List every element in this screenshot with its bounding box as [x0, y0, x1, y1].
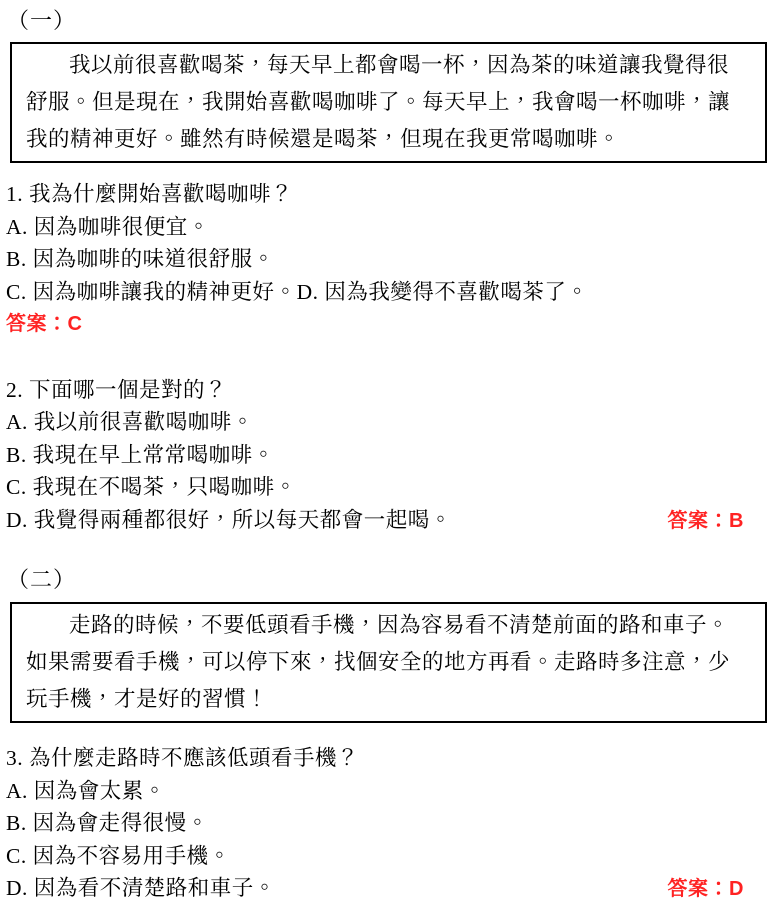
passage-2-text: 走路的時候，不要低頭看手機，因為容易看不清楚前面的路和車子。如果需要看手機，可以… — [26, 607, 749, 718]
question-3-answer: 答案：D — [668, 873, 744, 903]
question-1-option-b: B. 因為咖啡的味道很舒服。 — [6, 243, 769, 276]
question-3-block: 3. 為什麼走路時不應該低頭看手機？ A. 因為會太累。 B. 因為會走得很慢。… — [6, 742, 769, 903]
question-1-option-a: A. 因為咖啡很便宜。 — [6, 211, 769, 244]
question-2-option-d: D. 我覺得兩種都很好，所以每天都會一起喝。 — [6, 504, 452, 537]
question-2-block: 2. 下面哪一個是對的？ A. 我以前很喜歡喝咖啡。 B. 我現在早上常常喝咖啡… — [6, 374, 769, 538]
question-1-block: 1. 我為什麼開始喜歡喝咖啡？ A. 因為咖啡很便宜。 B. 因為咖啡的味道很舒… — [6, 178, 769, 341]
section-2-label: （二） — [7, 567, 769, 593]
passage-1-text: 我以前很喜歡喝茶，每天早上都會喝一杯，因為茶的味道讓我覺得很舒服。但是現在，我開… — [26, 47, 749, 158]
question-3-option-b: B. 因為會走得很慢。 — [6, 807, 769, 840]
question-2-option-d-row: D. 我覺得兩種都很好，所以每天都會一起喝。答案：B — [6, 504, 769, 538]
question-3-option-a: A. 因為會太累。 — [6, 775, 769, 808]
question-1-option-cd: C. 因為咖啡讓我的精神更好。D. 因為我變得不喜歡喝茶了。 — [6, 276, 769, 309]
question-3-stem: 3. 為什麼走路時不應該低頭看手機？ — [6, 742, 769, 775]
question-2-answer-letter: B — [729, 510, 744, 532]
passage-box-2: 走路的時候，不要低頭看手機，因為容易看不清楚前面的路和車子。如果需要看手機，可以… — [10, 602, 767, 723]
question-1-answer: 答案：C — [6, 308, 769, 341]
question-1-answer-label: 答案： — [6, 313, 68, 335]
question-3-option-d-row: D. 因為看不清楚路和車子。答案：D — [6, 872, 769, 903]
question-2-option-a: A. 我以前很喜歡喝咖啡。 — [6, 406, 769, 439]
question-2-answer: 答案：B — [668, 505, 744, 538]
question-1-answer-letter: C — [68, 313, 83, 335]
question-2-option-c: C. 我現在不喝茶，只喝咖啡。 — [6, 471, 769, 504]
section-1-label: （一） — [7, 8, 769, 34]
passage-box-1: 我以前很喜歡喝茶，每天早上都會喝一杯，因為茶的味道讓我覺得很舒服。但是現在，我開… — [10, 42, 767, 163]
question-3-option-c: C. 因為不容易用手機。 — [6, 840, 769, 873]
question-2-answer-label: 答案： — [668, 510, 730, 532]
question-3-option-d: D. 因為看不清楚路和車子。 — [6, 872, 276, 903]
question-2-stem: 2. 下面哪一個是對的？ — [6, 374, 769, 407]
question-3-answer-label: 答案： — [668, 878, 730, 900]
question-1-stem: 1. 我為什麼開始喜歡喝咖啡？ — [6, 178, 769, 211]
question-2-option-b: B. 我現在早上常常喝咖啡。 — [6, 439, 769, 472]
worksheet-page: （一） 我以前很喜歡喝茶，每天早上都會喝一杯，因為茶的味道讓我覺得很舒服。但是現… — [0, 0, 779, 903]
question-3-answer-letter: D — [729, 878, 744, 900]
